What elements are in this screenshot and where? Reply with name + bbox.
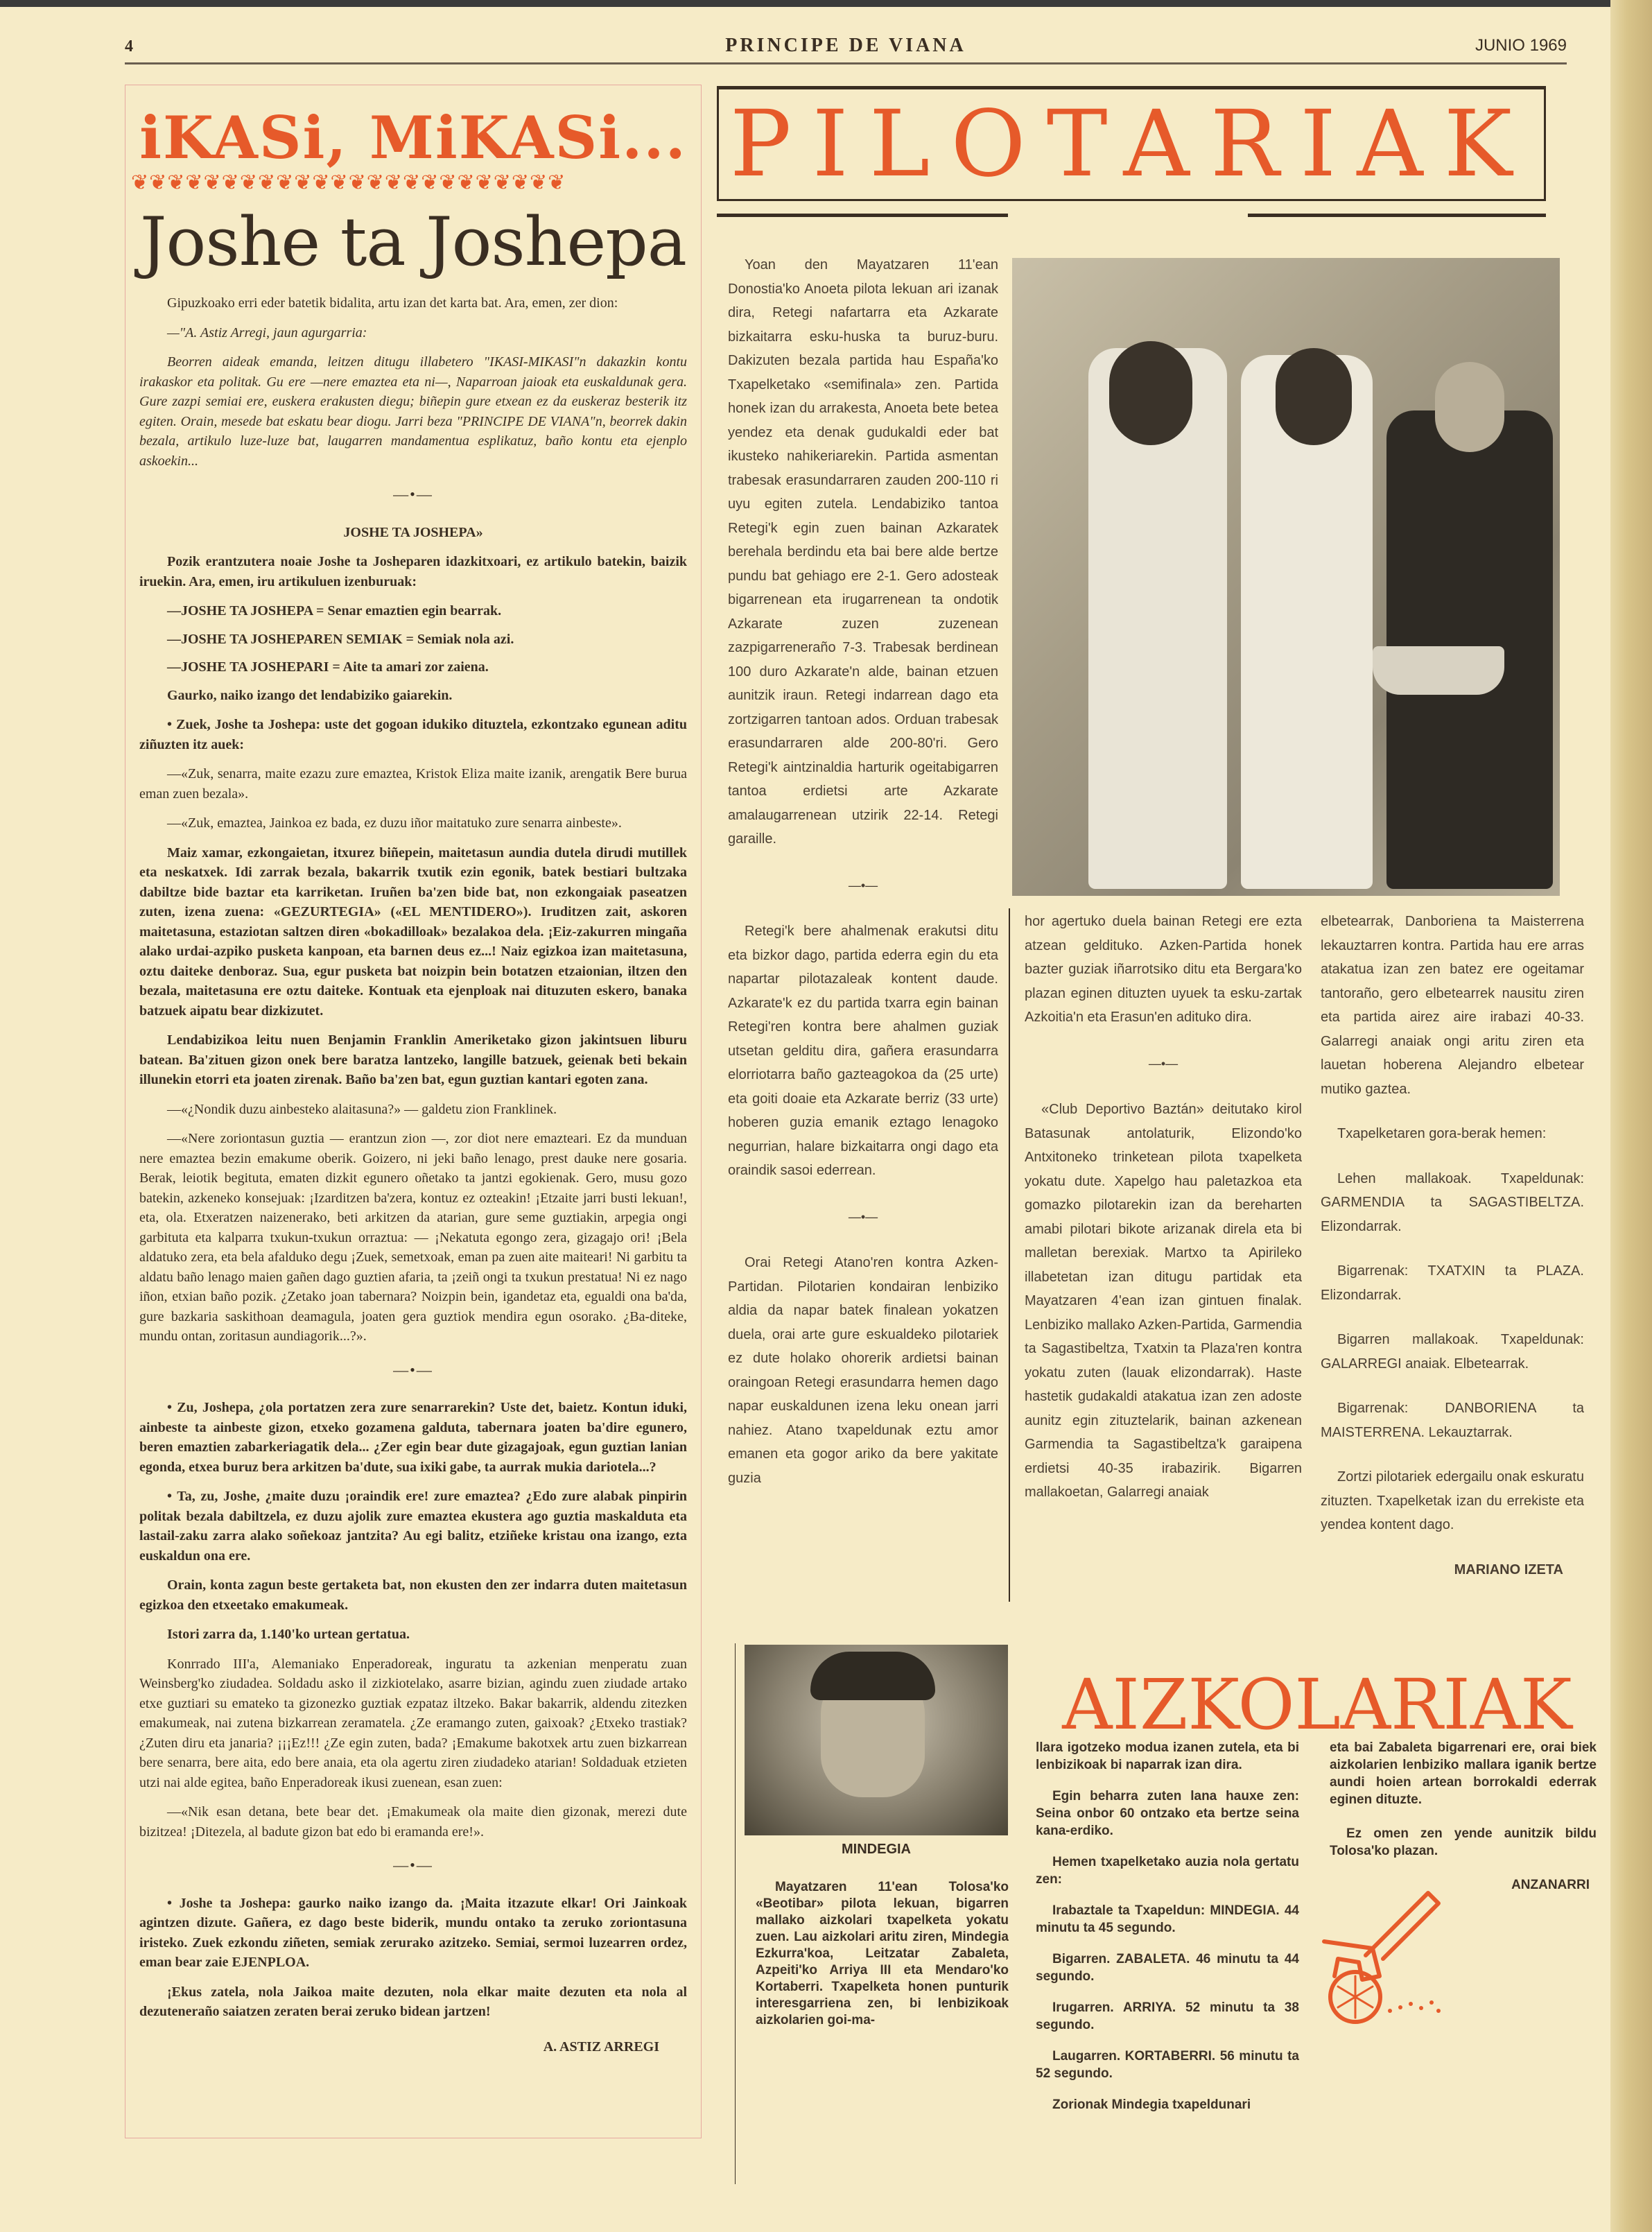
scan-top-edge: [0, 0, 1652, 7]
photo-trophy-bowl: [1373, 646, 1504, 695]
mindegia-photo: [745, 1645, 1008, 1835]
paragraph: Orain, konta zagun beste gertaketa bat, …: [139, 1575, 687, 1615]
result-item: Irugarren. ARRIYA. 52 minutu ta 38 segun…: [1036, 1999, 1299, 2034]
paragraph: hor agertuko duela bainan Retegi ere ezt…: [1025, 910, 1302, 1030]
photo-head-1: [1109, 341, 1192, 445]
paragraph: «Club Deportivo Baztán» deitutako kirol …: [1025, 1098, 1302, 1505]
result-item: Bigarrenak: TXATXIN ta PLAZA. Elizondarr…: [1321, 1259, 1584, 1307]
paragraph: Lendabizikoa leitu nuen Benjamin Frankli…: [139, 1030, 687, 1090]
paragraph: • Ta, zu, Joshe, ¿maite duzu ¡oraindik e…: [139, 1487, 687, 1566]
separator-ornament: —•—: [139, 1360, 687, 1381]
paragraph-letter-salutation: —"A. Astiz Arregi, jaun agurgarria:: [139, 323, 687, 343]
paragraph: ¡Ekus zatela, nola Jaikoa maite dezuten,…: [139, 1982, 687, 2022]
paragraph: Egin beharra zuten lana hauxe zen: Seina…: [1036, 1788, 1299, 1840]
photo-caption: MINDEGIA: [745, 1842, 1008, 1858]
column-rule: [735, 1643, 736, 2184]
topic-item: —JOSHE TA JOSHEPARI = Aite ta amari zor …: [139, 657, 687, 677]
publication-title: PRINCIPE DE VIANA: [125, 35, 1567, 57]
result-item: Bigarren mallakoak. Txapeldunak: GALARRE…: [1321, 1328, 1584, 1376]
paragraph: Orai Retegi Atano'ren kontra Azken-Parti…: [728, 1251, 998, 1490]
result-item: Laugarren. KORTABERRI. 56 minutu ta 52 s…: [1036, 2048, 1299, 2082]
aizkolariak-column-3: eta bai Zabaleta bigarrenari ere, orai b…: [1330, 1739, 1597, 1894]
paragraph: • Zuek, Joshe ta Joshepa: uste det gogoa…: [139, 715, 687, 754]
paragraph: eta bai Zabaleta bigarrenari ere, orai b…: [1330, 1739, 1597, 1808]
author-signature: MARIANO IZETA: [1321, 1558, 1584, 1582]
paragraph: —«Nere zoriontasun guztia — erantzun zio…: [139, 1129, 687, 1347]
pilotariak-title-box: PILOTARIAK: [717, 86, 1546, 201]
results-intro: Txapelketaren gora-berak hemen:: [1321, 1122, 1584, 1146]
paragraph: elbetearrak, Danboriena ta Maisterrena l…: [1321, 910, 1584, 1101]
paragraph: —«¿Nondik duzu ainbesteko alaitasuna?» —…: [139, 1100, 687, 1120]
paragraph: Retegi'k bere ahalmenak erakutsi ditu et…: [728, 919, 998, 1183]
page-header: 4 PRINCIPE DE VIANA JUNIO 1969: [125, 33, 1567, 61]
paragraph: Maiz xamar, ezkongaietan, itxurez biñepe…: [139, 843, 687, 1021]
photo-head-2: [1276, 348, 1352, 445]
paragraph: Gaurko, naiko izango det lendabiziko gai…: [139, 686, 687, 706]
section-heading: JOSHE TA JOSHEPA»: [139, 523, 687, 543]
pilotariak-photo: [1012, 258, 1560, 896]
title-rule: [717, 214, 1008, 217]
result-item: Bigarren. ZABALETA. 46 minutu ta 44 segu…: [1036, 1950, 1299, 1985]
aizkolariak-title: AIZKOLARIAK: [1040, 1664, 1594, 1745]
separator-ornament: —•—: [728, 1205, 998, 1229]
paragraph: Ez omen zen yende aunitzik bildu Tolosa'…: [1330, 1825, 1597, 1860]
paragraph: Zorionak Mindegia txapeldunari: [1036, 2096, 1299, 2113]
separator-ornament: —•—: [1025, 1052, 1302, 1076]
photo-head-3: [1435, 362, 1504, 452]
topic-item: —JOSHE TA JOSHEPA = Senar emaztien egin …: [139, 601, 687, 621]
result-item: Irabaztale ta Txapeldun: MINDEGIA. 44 mi…: [1036, 1902, 1299, 1937]
column-rule: [1009, 908, 1010, 1602]
paragraph: Hemen txapelketako auzia nola gertatu ze…: [1036, 1853, 1299, 1888]
result-item: Lehen mallakoak. Txapeldunak: GARMENDIA …: [1321, 1167, 1584, 1239]
paragraph: —«Zuk, emaztea, Jainkoa ez bada, ez duzu…: [139, 813, 687, 833]
paragraph: llara igotzeko modua izanen zutela, eta …: [1036, 1739, 1299, 1774]
author-signature: A. ASTIZ ARREGI: [139, 2037, 687, 2057]
pilotariak-title: PILOTARIAK: [719, 89, 1544, 199]
issue-date: JUNIO 1969: [1475, 36, 1567, 55]
axe-and-log-icon: [1296, 1872, 1456, 2025]
separator-ornament: —•—: [139, 1855, 687, 1876]
paragraph: • Joshe ta Joshepa: gaurko naiko izango …: [139, 1894, 687, 1973]
scan-page-edge: [1610, 0, 1652, 2232]
article-body: Gipuzkoako erri eder batetik bidalita, a…: [139, 293, 687, 2057]
aizkolariak-column-1: Mayatzaren 11'ean Tolosa'ko «Beotibar» p…: [756, 1879, 1009, 2029]
pilotariak-column-3: elbetearrak, Danboriena ta Maisterrena l…: [1321, 910, 1584, 1582]
paragraph: Konrrado III'a, Alemaniako Enperadoreak,…: [139, 1654, 687, 1793]
separator-ornament: —•—: [728, 874, 998, 898]
result-item: Bigarrenak: DANBORIENA ta MAISTERRENA. L…: [1321, 1396, 1584, 1444]
section-kicker: iKASi, MiKASi...: [131, 106, 695, 170]
paragraph: Gipuzkoako erri eder batetik bidalita, a…: [139, 293, 687, 313]
aizkolariak-column-2: llara igotzeko modua izanen zutela, eta …: [1036, 1739, 1299, 2113]
header-rule: [125, 62, 1567, 64]
paragraph: • Zu, Joshepa, ¿ola portatzen zera zure …: [139, 1398, 687, 1477]
article-joshe-ta-joshepa: iKASi, MiKASi... ❦❦❦❦❦❦❦❦❦❦❦❦❦❦❦❦❦❦❦❦❦❦❦…: [125, 85, 702, 2138]
pilotariak-column-1: Yoan den Mayatzaren 11'ean Donostia'ko A…: [728, 253, 998, 1490]
article-title: Joshe ta Joshepa: [125, 203, 701, 281]
result-item: Zortzi pilotariek edergailu onak eskurat…: [1321, 1465, 1584, 1537]
paragraph: —«Nik esan detana, bete bear det. ¡Emaku…: [139, 1802, 687, 1842]
paragraph: Istori zarra da, 1.140'ko urtean gertatu…: [139, 1625, 687, 1645]
topic-item: —JOSHE TA JOSHEPAREN SEMIAK = Semiak nol…: [139, 630, 687, 650]
photo-hair: [810, 1652, 935, 1700]
title-rule: [1248, 214, 1546, 217]
paragraph: Pozik erantzutera noaie Joshe ta Joshepa…: [139, 552, 687, 591]
ornament-band: ❦❦❦❦❦❦❦❦❦❦❦❦❦❦❦❦❦❦❦❦❦❦❦❦: [131, 171, 695, 195]
paragraph: Yoan den Mayatzaren 11'ean Donostia'ko A…: [728, 253, 998, 851]
separator-ornament: —•—: [139, 485, 687, 505]
paragraph-letter-body: Beorren aideak emanda, leitzen ditugu il…: [139, 352, 687, 471]
pilotariak-column-2: hor agertuko duela bainan Retegi ere ezt…: [1025, 910, 1302, 1505]
paragraph: —«Zuk, senarra, maite ezazu zure emaztea…: [139, 764, 687, 804]
